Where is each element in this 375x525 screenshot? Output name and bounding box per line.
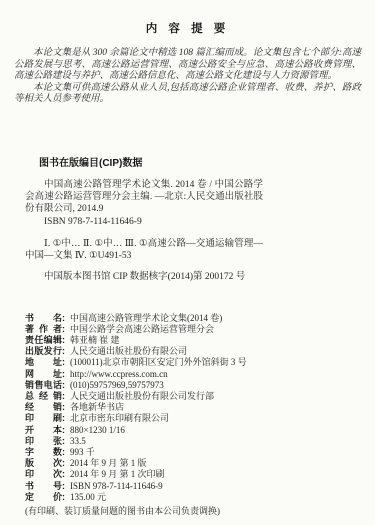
table-row: 经销:各地新华书店	[25, 402, 375, 413]
row-label: 版次	[25, 458, 62, 469]
label-colon: :	[62, 402, 65, 412]
row-label: 责任编辑	[25, 335, 62, 346]
label-colon: :	[62, 436, 65, 446]
label-colon: :	[62, 313, 65, 323]
row-value: 135.00 元	[70, 492, 106, 502]
label-colon: :	[62, 380, 65, 390]
classification-line: Ⅰ. ①中… Ⅱ. ①中… Ⅲ. ①高速公路—交通运输管理—中国—文集 Ⅳ. ①…	[25, 238, 263, 262]
row-value: 中国公路学会高速公路运营管理分会	[70, 324, 214, 334]
row-label: 总经销	[25, 391, 62, 402]
label-colon: :	[62, 413, 65, 423]
row-label: 字数	[25, 447, 62, 458]
cip-entry: 中国高速公路管理学术论文集. 2014 卷 / 中国公路学会高速公路运营管理分会…	[25, 179, 263, 215]
table-row: 版次:2014 年 9 月 第 1 版	[25, 458, 375, 469]
row-value: 33.5	[70, 436, 86, 446]
copyright-page: 内 容 提 要 本论文集是从 300 余篇论文中精选 108 篇汇编而成。论文集…	[0, 0, 375, 525]
summary-paragraph: 本论文集是从 300 余篇论文中精选 108 篇汇编而成。论文集包含七个部分:高…	[14, 48, 361, 83]
row-value: 各地新华书店	[70, 402, 124, 412]
label-colon: :	[62, 447, 65, 457]
row-value: 2014 年 9 月 第 1 版	[70, 458, 147, 468]
row-label: 印张	[25, 436, 62, 447]
row-label: 印刷	[25, 413, 62, 424]
table-row: 地址:(100011)北京市朝阳区安定门外外馆斜街 3 号	[25, 357, 375, 368]
row-label: 经销	[25, 402, 62, 413]
table-row: 印张:33.5	[25, 436, 375, 447]
label-colon: :	[62, 481, 65, 491]
row-value: 993 千	[70, 447, 95, 457]
label-colon: :	[62, 369, 65, 379]
row-label: 书号	[25, 481, 62, 492]
table-row: 定价:135.00 元	[25, 492, 375, 503]
row-value: (010)59757969,59757973	[70, 380, 164, 390]
label-colon: :	[62, 335, 65, 345]
summary-paragraph: 本论文集可供高速公路从业人员,包括高速公路企业管理者、收费、养护、路政等相关人员…	[14, 83, 361, 106]
label-colon: :	[62, 391, 65, 401]
table-row: 印刷:北京市密东印刷有限公司	[25, 413, 375, 424]
table-row: 责任编辑:韩亚楠 崔 建	[25, 335, 375, 346]
row-label: 出版发行	[25, 346, 62, 357]
summary-title: 内 容 提 要	[0, 20, 375, 36]
label-colon: :	[62, 469, 65, 479]
row-value: 人民交通出版社股份有限公司	[70, 346, 187, 356]
label-colon: :	[62, 346, 65, 356]
content-summary-section: 内 容 提 要 本论文集是从 300 余篇论文中精选 108 篇汇编而成。论文集…	[0, 20, 375, 106]
table-row: 书号:ISBN 978-7-114-11646-9	[25, 481, 375, 492]
row-value: 韩亚楠 崔 建	[70, 335, 120, 345]
table-row: 出版发行:人民交通出版社股份有限公司	[25, 346, 375, 357]
label-colon: :	[62, 492, 65, 502]
table-row: 网址:http://www.ccpress.com.cn	[25, 369, 375, 380]
row-label: 开本	[25, 425, 62, 436]
cip-heading: 图书在版编目(CIP)数据	[25, 158, 263, 170]
row-label: 印次	[25, 469, 62, 480]
label-colon: :	[62, 425, 65, 435]
colophon-table: 书名:中国高速公路管理学术论文集(2014 卷) 著作者:中国公路学会高速公路运…	[25, 313, 375, 517]
table-row: 开本:880×1230 1/16	[25, 425, 375, 436]
table-row: 总经销:人民交通出版社股份有限公司发行部	[25, 391, 375, 402]
row-label: 著作者	[25, 324, 62, 335]
row-value: 人民交通出版社股份有限公司发行部	[70, 391, 214, 401]
row-label: 书名	[25, 313, 62, 324]
row-value: 北京市密东印刷有限公司	[70, 413, 169, 423]
table-row: 著作者:中国公路学会高速公路运营管理分会	[25, 324, 375, 335]
row-value: 880×1230 1/16	[70, 425, 125, 435]
cip-record-number: 中国版本图书馆 CIP 数据核字(2014)第 200172 号	[25, 271, 263, 283]
row-value: ISBN 978-7-114-11646-9	[70, 481, 163, 491]
quality-note: (有印刷、装订质量问题的图书由本公司负责调换)	[25, 506, 375, 517]
row-label: 网址	[25, 369, 62, 380]
label-colon: :	[62, 458, 65, 468]
table-row: 印次:2014 年 9 月 第 1 次印刷	[25, 469, 375, 480]
table-row: 书名:中国高速公路管理学术论文集(2014 卷)	[25, 313, 375, 324]
row-value: 2014 年 9 月 第 1 次印刷	[70, 469, 165, 479]
table-row: 字数:993 千	[25, 447, 375, 458]
row-value: http://www.ccpress.com.cn	[70, 369, 168, 379]
row-label: 销售电话	[25, 380, 62, 391]
label-colon: :	[62, 357, 65, 367]
row-value: (100011)北京市朝阳区安定门外外馆斜街 3 号	[70, 357, 247, 367]
cip-section: 图书在版编目(CIP)数据 中国高速公路管理学术论文集. 2014 卷 / 中国…	[25, 158, 263, 283]
label-colon: :	[62, 324, 65, 334]
isbn-line: ISBN 978-7-114-11646-9	[25, 216, 263, 228]
row-label: 定价	[25, 492, 62, 503]
table-row: 销售电话:(010)59757969,59757973	[25, 380, 375, 391]
row-label: 地址	[25, 357, 62, 368]
row-value: 中国高速公路管理学术论文集(2014 卷)	[70, 313, 222, 323]
